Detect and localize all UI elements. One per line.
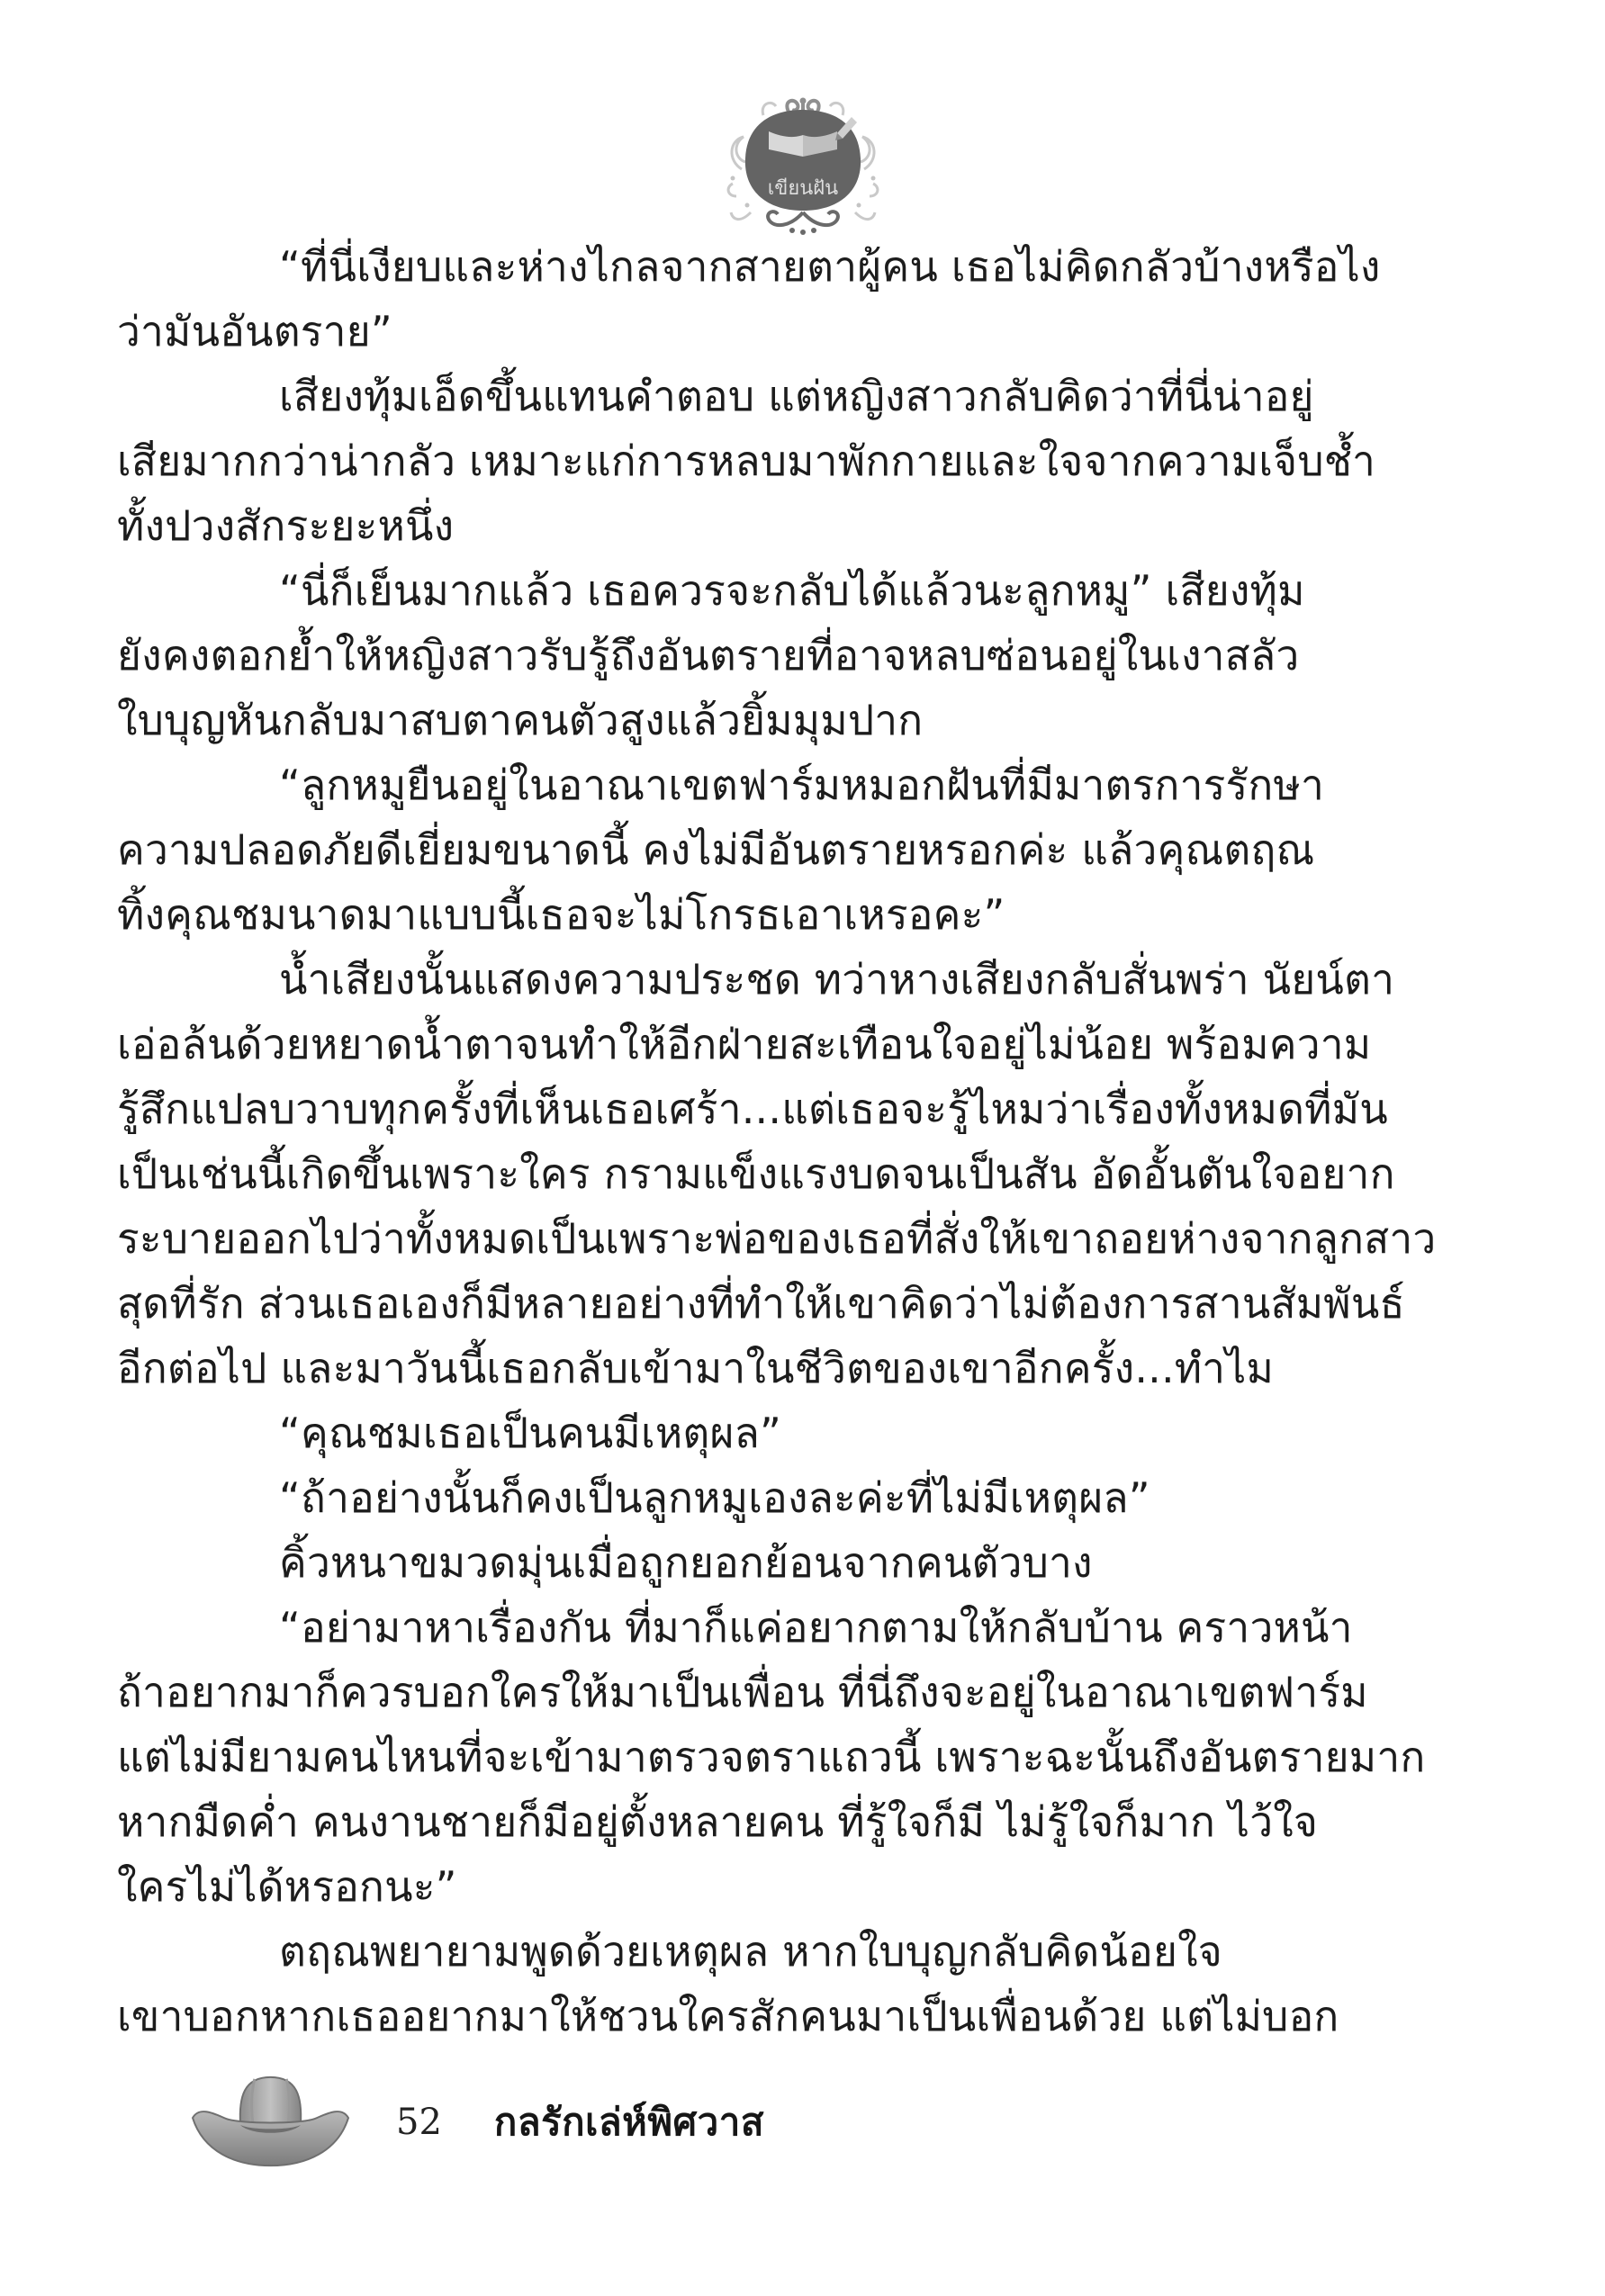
- text-line: เสียงทุ้มเอ็ดขึ้นแทนคำตอบ แต่หญิงสาวกลับ…: [117, 364, 1494, 428]
- text-line: ระบายออกไปว่าทั้งหมดเป็นเพราะพ่อของเธอที…: [117, 1206, 1494, 1271]
- text-line: “ถ้าอย่างนั้นก็คงเป็นลูกหมูเองละค่ะที่ไม…: [117, 1465, 1494, 1530]
- text-line: “คุณชมเธอเป็นคนมีเหตุผล”: [117, 1400, 1494, 1465]
- text-line: รู้สึกแปลบวาบทุกครั้งที่เห็นเธอเศร้า...แ…: [117, 1076, 1494, 1141]
- text-line: แต่ไม่มียามคนไหนที่จะเข้ามาตรวจตราแถวนี้…: [117, 1724, 1494, 1789]
- text-line: ใครไม่ได้หรอกนะ”: [117, 1854, 1494, 1919]
- text-line: ทั้งปวงสักระยะหนึ่ง: [117, 493, 1494, 558]
- text-line: เขาบอกหากเธออยากมาให้ชวนใครสักคนมาเป็นเพ…: [117, 1984, 1494, 2048]
- text-line: “ที่นี่เงียบและห่างไกลจากสายตาผู้คน เธอไ…: [117, 234, 1494, 299]
- text-line: ทิ้งคุณชมนาดมาแบบนี้เธอจะไม่โกรธเอาเหรอค…: [117, 882, 1494, 947]
- text-line: เสียมากกว่าน่ากลัว เหมาะแก่การหลบมาพักกา…: [117, 428, 1494, 493]
- text-line: เป็นเช่นนี้เกิดขึ้นเพราะใคร กรามแข็งแรงบ…: [117, 1141, 1494, 1206]
- text-line: ว่ามันอันตราย”: [117, 299, 1494, 364]
- book-title: กลรักเล่ห์พิศวาส: [494, 2093, 764, 2152]
- publisher-emblem-icon: เขียนฝัน: [724, 97, 882, 239]
- text-line: “อย่ามาหาเรื่องกัน ที่มาก็แค่อยากตามให้ก…: [117, 1595, 1494, 1660]
- text-line: ตฤณพยายามพูดด้วยเหตุผล หากใบบุญกลับคิดน้…: [117, 1919, 1494, 1984]
- book-page: เขียนฝัน “ที่นี่เงียบและห่างไกลจากสายตาผ…: [0, 0, 1605, 2296]
- text-line: “ลูกหมูยืนอยู่ในอาณาเขตฟาร์มหมอกฝันที่มี…: [117, 752, 1494, 817]
- body-text: “ที่นี่เงียบและห่างไกลจากสายตาผู้คน เธอไ…: [117, 234, 1494, 2048]
- cowboy-hat-icon: [189, 2070, 353, 2174]
- page-number: 52: [396, 2102, 442, 2143]
- text-line: เอ่อล้นด้วยหยาดน้ำตาจนทำให้อีกฝ่ายสะเทือ…: [117, 1012, 1494, 1076]
- text-line: ถ้าอยากมาก็ควรบอกใครให้มาเป็นเพื่อน ที่น…: [117, 1660, 1494, 1724]
- text-line: “นี่ก็เย็นมากแล้ว เธอควรจะกลับได้แล้วนะล…: [117, 558, 1494, 623]
- text-line: ความปลอดภัยดีเยี่ยมขนาดนี้ คงไม่มีอันตรา…: [117, 817, 1494, 882]
- publisher-name-text: เขียนฝัน: [767, 177, 837, 200]
- text-line: สุดที่รัก ส่วนเธอเองก็มีหลายอย่างที่ทำให…: [117, 1271, 1494, 1336]
- text-line: ยังคงตอกย้ำให้หญิงสาวรับรู้ถึงอันตรายที่…: [117, 623, 1494, 688]
- publisher-logo: เขียนฝัน: [724, 97, 882, 239]
- text-line: หากมืดค่ำ คนงานชายก็มีอยู่ตั้งหลายคน ที่…: [117, 1789, 1494, 1854]
- text-line: คิ้วหนาขมวดมุ่นเมื่อถูกยอกย้อนจากคนตัวบา…: [117, 1530, 1494, 1595]
- text-line: น้ำเสียงนั้นแสดงความประชด ทว่าหางเสียงกล…: [117, 947, 1494, 1012]
- text-line: อีกต่อไป และมาวันนี้เธอกลับเข้ามาในชีวิต…: [117, 1336, 1494, 1400]
- page-footer: 52 กลรักเล่ห์พิศวาส: [189, 2066, 764, 2178]
- text-line: ใบบุญหันกลับมาสบตาคนตัวสูงแล้วยิ้มมุมปาก: [117, 688, 1494, 752]
